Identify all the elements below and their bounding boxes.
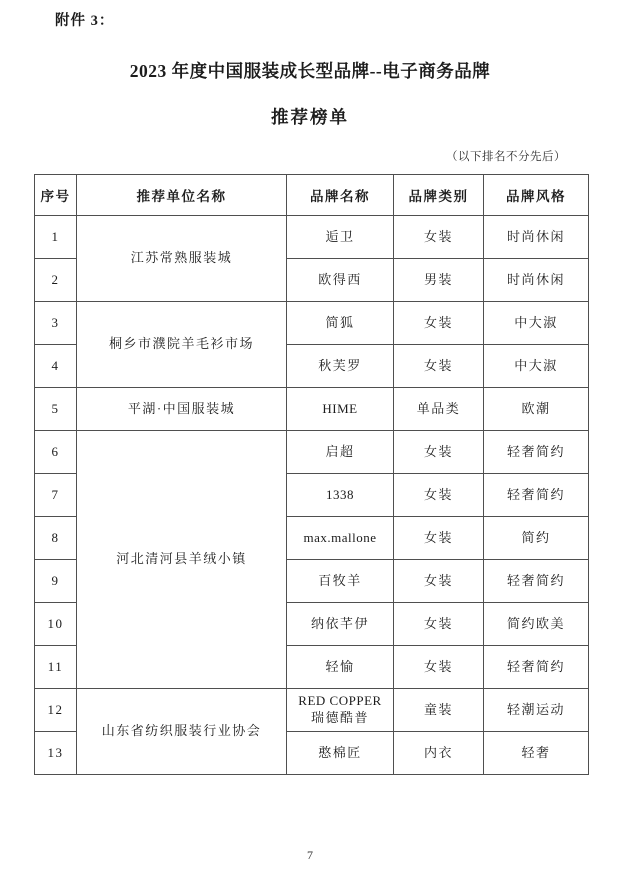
style-cell: 时尚休闲 <box>484 216 589 259</box>
ranking-note: （以下排名不分先后） <box>0 148 566 164</box>
seq-cell: 9 <box>35 560 77 603</box>
header-brand: 品牌名称 <box>287 175 394 216</box>
brand-cell: 逅卫 <box>287 216 394 259</box>
style-cell: 欧潮 <box>484 388 589 431</box>
style-cell: 轻奢 <box>484 732 589 775</box>
category-cell: 女装 <box>394 560 484 603</box>
unit-cell-shandong-textile: 山东省纺织服装行业协会 <box>77 689 287 775</box>
header-style: 品牌风格 <box>484 175 589 216</box>
brand-cell: 轻愉 <box>287 646 394 689</box>
brand-cell: 简狐 <box>287 302 394 345</box>
category-cell: 女装 <box>394 474 484 517</box>
category-cell: 女装 <box>394 431 484 474</box>
seq-cell: 11 <box>35 646 77 689</box>
table-row: 5 平湖·中国服装城 HIME 单品类 欧潮 <box>35 388 589 431</box>
seq-cell: 7 <box>35 474 77 517</box>
style-cell: 中大淑 <box>484 302 589 345</box>
brand-cell: HIME <box>287 388 394 431</box>
seq-cell: 3 <box>35 302 77 345</box>
style-cell: 中大淑 <box>484 345 589 388</box>
table-row: 12 山东省纺织服装行业协会 RED COPPER 瑞德酷普 童装 轻潮运动 <box>35 689 589 732</box>
style-cell: 简约欧美 <box>484 603 589 646</box>
document-subtitle: 推荐榜单 <box>0 104 620 129</box>
category-cell: 童装 <box>394 689 484 732</box>
table-row: 3 桐乡市濮院羊毛衫市场 简狐 女装 中大淑 <box>35 302 589 345</box>
seq-cell: 2 <box>35 259 77 302</box>
category-cell: 女装 <box>394 216 484 259</box>
header-category: 品牌类别 <box>394 175 484 216</box>
unit-cell-pinghu: 平湖·中国服装城 <box>77 388 287 431</box>
style-cell: 轻潮运动 <box>484 689 589 732</box>
seq-cell: 12 <box>35 689 77 732</box>
brand-cell: 秋芙罗 <box>287 345 394 388</box>
seq-cell: 1 <box>35 216 77 259</box>
category-cell: 内衣 <box>394 732 484 775</box>
style-cell: 时尚休闲 <box>484 259 589 302</box>
table-header-row: 序号 推荐单位名称 品牌名称 品牌类别 品牌风格 <box>35 175 589 216</box>
brand-cell: max.mallone <box>287 517 394 560</box>
style-cell: 轻奢简约 <box>484 560 589 603</box>
table-row: 6 河北清河县羊绒小镇 启超 女装 轻奢简约 <box>35 431 589 474</box>
seq-cell: 6 <box>35 431 77 474</box>
style-cell: 轻奢简约 <box>484 431 589 474</box>
unit-cell-tongxiang-puyuan: 桐乡市濮院羊毛衫市场 <box>77 302 287 388</box>
document-title: 2023 年度中国服装成长型品牌--电子商务品牌 <box>0 58 620 83</box>
category-cell: 单品类 <box>394 388 484 431</box>
header-unit: 推荐单位名称 <box>77 175 287 216</box>
brand-cell: 1338 <box>287 474 394 517</box>
brand-cell: 启超 <box>287 431 394 474</box>
page-number: 7 <box>0 848 620 863</box>
brand-cell: RED COPPER 瑞德酷普 <box>287 689 394 732</box>
category-cell: 女装 <box>394 345 484 388</box>
unit-cell-hebei-qinghe: 河北清河县羊绒小镇 <box>77 431 287 689</box>
brand-cell: 欧得西 <box>287 259 394 302</box>
unit-cell-jiangsu-changshu: 江苏常熟服装城 <box>77 216 287 302</box>
seq-cell: 8 <box>35 517 77 560</box>
attachment-label: 附件 3： <box>55 0 620 30</box>
table-row: 1 江苏常熟服装城 逅卫 女装 时尚休闲 <box>35 216 589 259</box>
category-cell: 女装 <box>394 517 484 560</box>
brand-name-latin-line: RED COPPER <box>289 693 391 710</box>
seq-cell: 10 <box>35 603 77 646</box>
brand-cell: 纳依芊伊 <box>287 603 394 646</box>
brand-name-cjk-line: 瑞德酷普 <box>289 710 391 727</box>
seq-cell: 13 <box>35 732 77 775</box>
category-cell: 女装 <box>394 302 484 345</box>
style-cell: 轻奢简约 <box>484 646 589 689</box>
category-cell: 女装 <box>394 603 484 646</box>
brand-cell: 百牧羊 <box>287 560 394 603</box>
seq-cell: 5 <box>35 388 77 431</box>
recommendation-table: 序号 推荐单位名称 品牌名称 品牌类别 品牌风格 1 江苏常熟服装城 逅卫 女装… <box>34 174 589 775</box>
seq-cell: 4 <box>35 345 77 388</box>
category-cell: 女装 <box>394 646 484 689</box>
category-cell: 男装 <box>394 259 484 302</box>
brand-cell: 憨棉匠 <box>287 732 394 775</box>
header-seq: 序号 <box>35 175 77 216</box>
style-cell: 简约 <box>484 517 589 560</box>
style-cell: 轻奢简约 <box>484 474 589 517</box>
